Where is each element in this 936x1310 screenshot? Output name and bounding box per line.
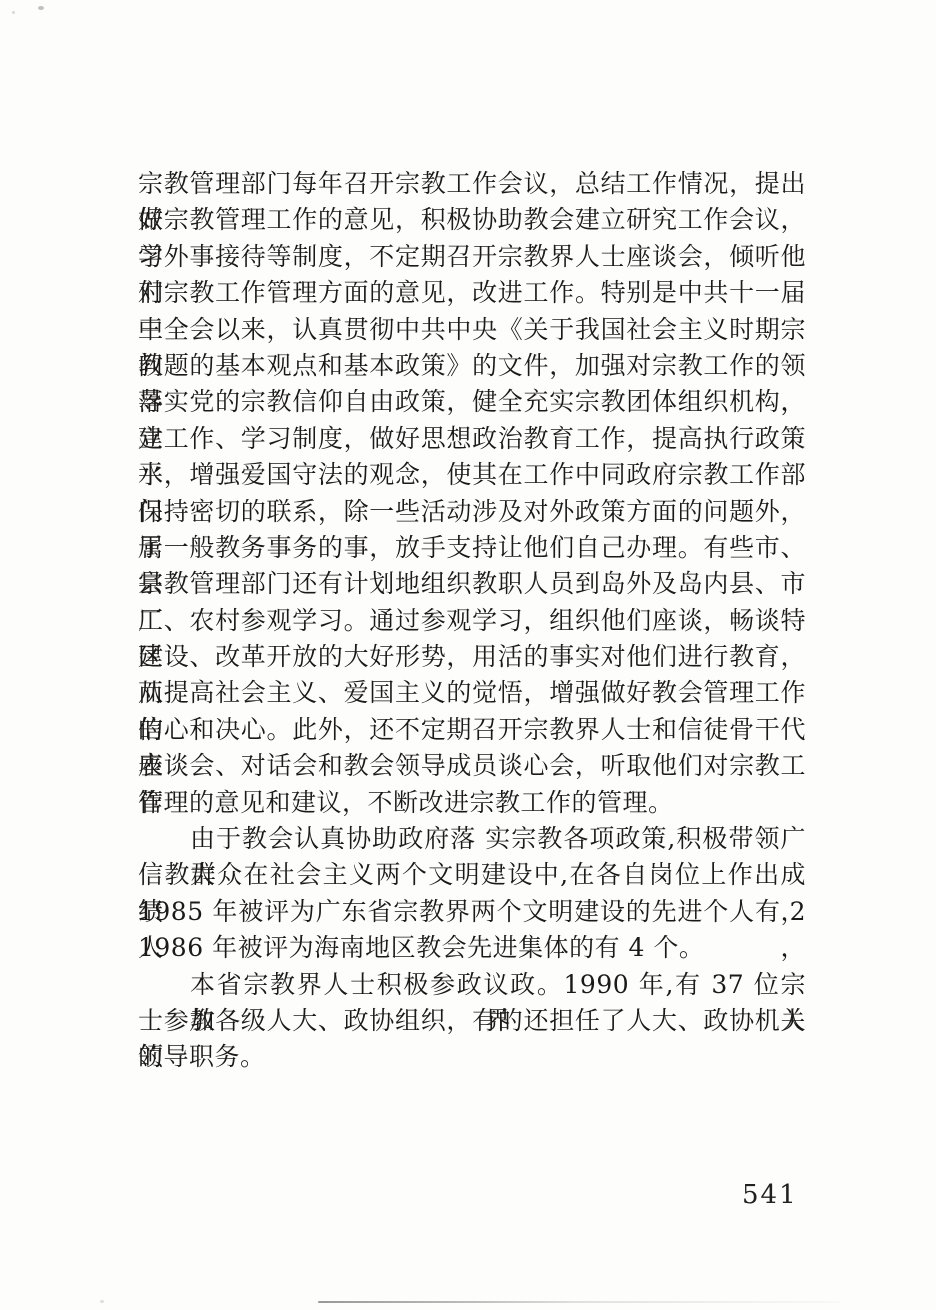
scan-speck [100,1300,104,1303]
text-line: 好宗教管理工作的意见，积极协助教会建立研究工作会议，学 [138,202,806,238]
text-block: 宗教管理部门每年召开宗教工作会议，总结工作情况，提出做好宗教管理工作的意见，积极… [138,166,806,1076]
scan-speck [12,11,15,14]
text-line: 问题的基本观点和基本政策》的文件，加强对宗教工作的领导， [138,348,806,384]
text-line: 领导职务。 [138,1039,806,1075]
text-line: 由于教会认真协助政府落 实宗教各项政策,积极带领广大 [138,821,806,857]
text-line: 习外事接待等制度，不定期召开宗教界人士座谈会，倾听他们 [138,239,806,275]
text-line: 本省宗教界人士积极参政议政。1990 年,有 37 位宗教界人 [138,967,806,1003]
text-line: 座谈会、对话会和教会领导成员谈心会，听取他们对宗教工作 [138,748,806,784]
text-line: 信心和决心。此外，还不定期召开宗教界人士和信徒骨干代表 [138,712,806,748]
scan-edge-line [318,1301,840,1303]
scan-speck [38,6,44,10]
text-line: 信教群众在社会主义两个文明建设中,在各自岗位上作出成绩， [138,857,806,893]
text-line: 对宗教工作管理方面的意见，改进工作。特别是中共十一届三 [138,275,806,311]
text-line: 1985 年被评为广东省宗教界两个文明建设的先进个人有 2 人， [138,894,806,930]
text-line: 于一般教务事务的事，放手支持让他们自己办理。有些市、县 [138,530,806,566]
text-line: 落实党的宗教信仰自由政策，健全充实宗教团体组织机构，建 [138,384,806,420]
text-line: 平，增强爱国守法的观念，使其在工作中同政府宗教工作部门 [138,457,806,493]
text-line: 士参加各级人大、政协组织，有的还担任了人大、政协机关的 [138,1003,806,1039]
page-number: 541 [742,1180,798,1210]
text-line: 中全会以来，认真贯彻中共中央《关于我国社会主义时期宗教 [138,312,806,348]
scanned-document-page: 宗教管理部门每年召开宗教工作会议，总结工作情况，提出做好宗教管理工作的意见，积极… [0,0,936,1310]
text-line: 厂、农村参观学习。通过参观学习，组织他们座谈，畅谈特区 [138,603,806,639]
text-line: 立工作、学习制度，做好思想政治教育工作，提高执行政策水 [138,421,806,457]
text-line: 建设、改革开放的大好形势，用活的事实对他们进行教育，从 [138,639,806,675]
text-line: 管理的意见和建议，不断改进宗教工作的管理。 [138,785,806,821]
text-line: 宗教管理部门每年召开宗教工作会议，总结工作情况，提出做 [138,166,806,202]
text-line: 宗教管理部门还有计划地组织教职人员到岛外及岛内县、市工 [138,566,806,602]
text-line: 而提高社会主义、爱国主义的觉悟，增强做好教会管理工作的 [138,675,806,711]
text-line: 保持密切的联系，除一些活动涉及对外政策方面的问题外，属 [138,494,806,530]
